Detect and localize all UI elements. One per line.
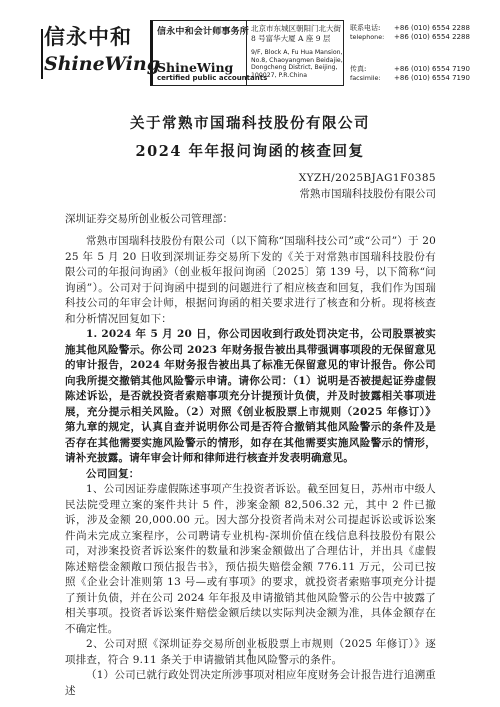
reference-block: XYZH/2025BJAG1F0385 常熟市国瑞科技股份有限公司 xyxy=(299,170,436,202)
body-paragraph: （1）公司已就行政处罚决定所涉事项对相应年度财务会计报告进行追溯重述 xyxy=(65,668,436,699)
facsimile-row-cn: 传真: +86 (010) 6554 7190 xyxy=(350,65,484,74)
address-en-line1: 9/F, Block A, Fu Hua Mansion, xyxy=(251,49,341,57)
telephone-row-en: telephone: +86 (010) 6554 2288 xyxy=(350,33,484,42)
firm-logo: 信永中和 ShineWing xyxy=(44,20,150,86)
telephone-value: +86 (010) 6554 2288 xyxy=(394,24,470,33)
logo-stroke-icon xyxy=(41,29,43,79)
facsimile-label-en: facsimile: xyxy=(350,74,394,83)
reference-company: 常熟市国瑞科技股份有限公司 xyxy=(299,186,436,202)
firm-contact-block: 联系电话: +86 (010) 6554 2288 telephone: +86… xyxy=(343,20,484,86)
logo-chinese: 信永中和 xyxy=(44,24,150,50)
reference-number: XYZH/2025BJAG1F0385 xyxy=(299,170,436,186)
address-en-line3: Dongcheng District, Beijing, xyxy=(251,64,341,72)
body-paragraph: 常熟市国瑞科技股份有限公司（以下简称“国瑞科技公司”或“公司”）于 2025 年… xyxy=(65,234,436,327)
body-paragraph: 1. 2024 年 5 月 20 日，你公司因收到行政处罚决定书，公司股票被实施… xyxy=(65,327,436,467)
document-page: 信永中和 ShineWing 信永中和会计师事务所 ShineWing cert… xyxy=(0,0,500,707)
address-en-line4: 100027, P.R.China xyxy=(251,72,341,80)
document-body: 常熟市国瑞科技股份有限公司（以下简称“国瑞科技公司”或“公司”）于 2025 年… xyxy=(65,234,436,699)
body-paragraph: 公司回复： xyxy=(65,467,436,483)
firm-name-english: ShineWing xyxy=(157,61,244,74)
letterhead: 信永中和 ShineWing 信永中和会计师事务所 ShineWing cert… xyxy=(44,20,484,86)
facsimile-row-en: facsimile: +86 (010) 6554 7190 xyxy=(350,74,484,83)
document-title-line1: 关于常熟市国瑞科技股份有限公司 xyxy=(0,112,500,133)
salutation: 深圳证券交易所创业板公司管理部： xyxy=(65,211,233,226)
facsimile-value: +86 (010) 6554 7190 xyxy=(394,65,470,74)
firm-address-block: 北京市东城区朝阳门北大街 8 号富华大厦 A 座 9 层 9/F, Block … xyxy=(246,20,343,86)
telephone-value-en: +86 (010) 6554 2288 xyxy=(394,33,470,42)
address-cn-line2: 8 号富华大厦 A 座 9 层 xyxy=(251,34,341,44)
firm-name-chinese: 信永中和会计师事务所 xyxy=(157,24,244,37)
address-en-line2: No.8, Chaoyangmen Beidajie, xyxy=(251,57,341,65)
page-number: 1 xyxy=(0,648,500,659)
facsimile-label-cn: 传真: xyxy=(350,65,394,74)
firm-name-block: 信永中和会计师事务所 ShineWing certified public ac… xyxy=(150,20,246,86)
document-title-line2: 2024 年年报问询函的核查回复 xyxy=(0,140,500,161)
telephone-label-cn: 联系电话: xyxy=(350,24,394,33)
firm-name-english-group: ShineWing certified public accountants xyxy=(157,61,244,83)
telephone-label-en: telephone: xyxy=(350,33,394,42)
firm-subtitle-english: certified public accountants xyxy=(157,74,244,83)
address-cn-line1: 北京市东城区朝阳门北大街 xyxy=(251,24,341,34)
logo-english: ShineWing xyxy=(44,52,150,76)
telephone-row-cn: 联系电话: +86 (010) 6554 2288 xyxy=(350,24,484,33)
facsimile-value-en: +86 (010) 6554 7190 xyxy=(394,74,470,83)
body-paragraph: 1、公司因证券虚假陈述事项产生投资者诉讼。截至回复日，苏州市中级人民法院受理立案… xyxy=(65,482,436,637)
